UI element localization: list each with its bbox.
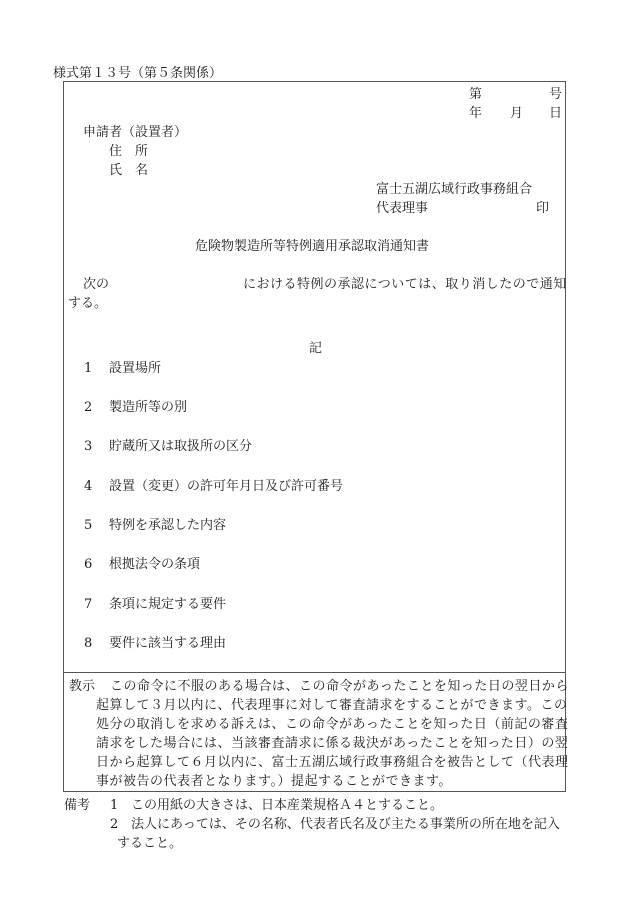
instruction-line: 事が被告の代表者となります。）提起することができます。 [96, 772, 452, 791]
instruction-line: 日から起算して６月以内に、富士五湖広域行政事務組合を被告として（代表理 [96, 753, 569, 772]
number-prefix: 第 [469, 85, 482, 104]
item-label: 貯蔵所又は取扱所の区分 [109, 437, 252, 456]
item-number: 4 [84, 477, 92, 496]
item-label: 設置（変更）の許可年月日及び許可番号 [109, 477, 343, 496]
item-label: 製造所等の別 [109, 398, 187, 417]
item-number: 2 [84, 398, 92, 417]
item-number: 6 [84, 555, 92, 574]
remark-number: 2 [110, 815, 118, 834]
applicant-title: 申請者（設置者） [83, 123, 187, 142]
document-title: 危険物製造所等特例適用承認取消通知書 [195, 237, 429, 256]
item-label: 条項に規定する要件 [109, 595, 226, 614]
instruction-line: 処分の取消しを求める訴えは、この命令があったことを知った日（前記の審査 [96, 715, 568, 734]
instruction-label: 教示 [69, 677, 95, 696]
remark-text: 法人にあっては、その名称、代表者氏名及び主たる事業所の所在地を記入 [131, 815, 560, 834]
remark-text-continued: すること。 [117, 834, 182, 853]
remark-number: 1 [110, 796, 118, 815]
item-number: 7 [84, 595, 92, 614]
name-label: 氏 名 [109, 161, 148, 180]
body-line2: する。 [68, 294, 107, 313]
instruction-line: 起算して３月以内に、代表理事に対して審査請求をすることができます。この [96, 696, 567, 715]
body-line1-suffix: における特例の承認については、取り消したので通知 [243, 275, 567, 294]
item-number: 1 [84, 359, 92, 378]
item-number: 8 [84, 634, 92, 653]
item-label: 要件に該当する理由 [109, 634, 226, 653]
instruction-divider [63, 672, 566, 673]
item-number: 5 [84, 516, 92, 535]
remarks-label: 備考 [64, 796, 90, 815]
item-number: 3 [84, 437, 92, 456]
day-label: 日 [549, 104, 562, 123]
address-label: 住 所 [109, 142, 148, 161]
month-label: 月 [510, 104, 523, 123]
issuer-organization: 富士五湖広域行政事務組合 [376, 180, 532, 199]
issuer-representative: 代表理事 [376, 199, 428, 218]
item-label: 根拠法令の条項 [109, 555, 200, 574]
remark-text: この用紙の大きさは、日本産業規格Ａ４とすること。 [131, 796, 443, 815]
item-label: 特例を承認した内容 [109, 516, 226, 535]
body-line1-prefix: 次の [83, 275, 109, 294]
number-suffix: 号 [549, 85, 562, 104]
ki-heading: 記 [309, 339, 322, 358]
seal-mark: 印 [536, 199, 549, 218]
year-label: 年 [469, 104, 482, 123]
instruction-line: 請求をした場合には、当該審査請求に係る裁決があったことを知った日）の翌 [96, 734, 568, 753]
item-label: 設置場所 [109, 359, 161, 378]
instruction-line: この命令に不服のある場合は、この命令があったことを知った日の翌日から [110, 677, 569, 696]
